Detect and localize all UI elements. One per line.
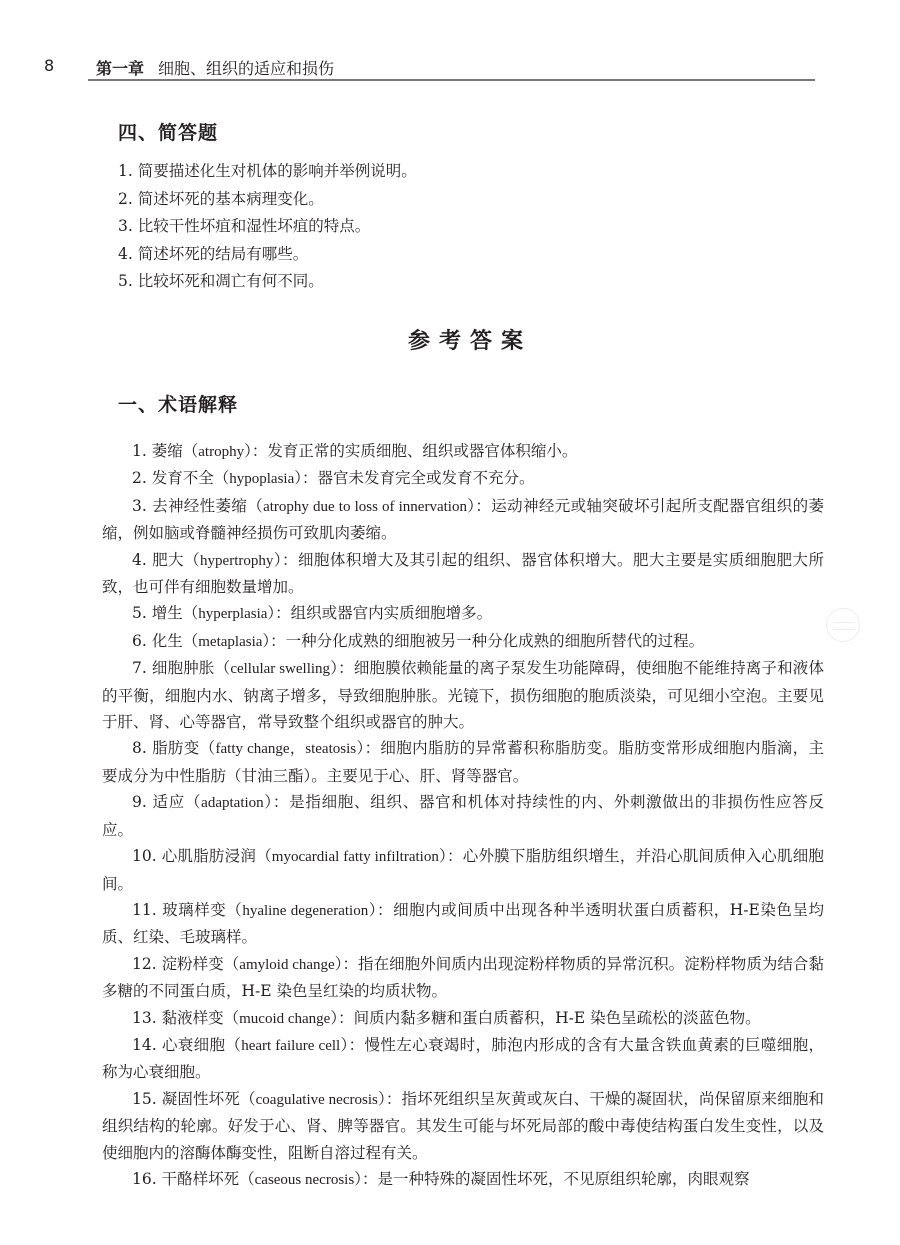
term-entry: 5. 增生（hyperplasia）：组织或器官内实质细胞增多。 [102,600,824,627]
term-name: 化生 [152,632,183,650]
term-name: 心肌脂肪浸润 [162,847,256,865]
answers-heading: 参考答案 [118,324,822,355]
page-body: 四、简答题 1. 简要描述化生对机体的影响并举例说明。 2. 简述坏死的基本病理… [118,118,822,296]
term-entry: 1. 萎缩（atrophy）：发育正常的实质细胞、组织或器官体积缩小。 [102,438,824,465]
question-item: 2. 简述坏死的基本病理变化。 [118,186,822,214]
term-definition: 组织或器官内实质细胞增多。 [291,604,493,622]
term-name: 干酪样坏死 [162,1170,240,1188]
term-number: 13. [132,1009,157,1027]
question-list: 1. 简要描述化生对机体的影响并举例说明。 2. 简述坏死的基本病理变化。 3.… [118,158,822,296]
publisher-logo-icon [826,608,860,642]
term-number: 15. [132,1090,157,1108]
term-number: 11. [132,901,157,919]
term-name: 发育不全 [152,469,214,487]
term-entry: 3. 去神经性萎缩（atrophy due to loss of innerva… [102,493,824,547]
term-entry: 8. 脂肪变（fatty change，steatosis）：细胞内脂肪的异常蓄… [102,735,824,789]
term-english: metaplasia [198,634,262,650]
term-definition: 是一种特殊的凝固性坏死，不见原组织轮廓，肉眼观察 [377,1170,749,1188]
term-entry: 10. 心肌脂肪浸润（myocardial fatty infiltration… [102,843,824,897]
term-english: atrophy [198,444,244,460]
term-number: 1. [132,442,147,460]
term-entry: 16. 干酪样坏死（caseous necrosis）：是一种特殊的凝固性坏死，… [102,1166,824,1193]
term-entry: 9. 适应（adaptation）：是指细胞、组织、器官和机体对持续性的内、外刺… [102,789,824,843]
term-name: 黏液样变 [162,1009,224,1027]
term-definition: 发育正常的实质细胞、组织或器官体积缩小。 [267,442,577,460]
term-number: 3. [132,497,147,515]
header-rule [88,79,815,81]
term-entry: 13. 黏液样变（mucoid change）：间质内黏多糖和蛋白质蓄积，H-E… [102,1005,824,1032]
term-number: 2. [132,469,147,487]
term-definition: 一种分化成熟的细胞被另一种分化成熟的细胞所替代的过程。 [286,632,705,650]
term-english: fatty change，steatosis [216,741,357,757]
term-number: 10. [132,847,157,865]
term-entry: 12. 淀粉样变（amyloid change）：指在细胞外间质内出现淀粉样物质… [102,951,824,1005]
term-definition: 间质内黏多糖和蛋白质蓄积，H-E 染色呈疏松的淡蓝色物。 [354,1009,761,1027]
term-name: 凝固性坏死 [162,1090,240,1108]
question-item: 4. 简述坏死的结局有哪些。 [118,241,822,269]
term-definition: 器官未发育完全或发育不充分。 [318,469,535,487]
term-english: caseous necrosis [255,1172,355,1188]
question-item: 3. 比较干性坏疽和湿性坏疽的特点。 [118,213,822,241]
chapter-number: 第一章 [96,59,144,78]
question-item: 5. 比较坏死和凋亡有何不同。 [118,268,822,296]
term-number: 16. [132,1170,157,1188]
running-head: 第一章细胞、组织的适应和损伤 [96,56,334,79]
term-english: myocardial fatty infiltration [272,849,439,865]
term-entry: 15. 凝固性坏死（coagulative necrosis）：指坏死组织呈灰黄… [102,1086,824,1166]
term-english: adaptation [201,795,263,811]
term-number: 5. [132,604,147,622]
term-english: amyloid change [239,957,334,973]
chapter-title: 细胞、组织的适应和损伤 [158,59,334,78]
term-entry: 2. 发育不全（hypoplasia）：器官未发育完全或发育不充分。 [102,465,824,492]
term-entry: 7. 细胞肿胀（cellular swelling）：细胞膜依赖能量的离子泵发生… [102,655,824,735]
term-list: 1. 萎缩（atrophy）：发育正常的实质细胞、组织或器官体积缩小。2. 发育… [102,438,824,1193]
term-name: 脂肪变 [152,739,200,757]
question-item: 1. 简要描述化生对机体的影响并举例说明。 [118,158,822,186]
term-english: cellular swelling [230,661,330,677]
term-name: 肥大 [152,551,184,569]
page-header: 8 第一章细胞、组织的适应和损伤 [0,52,900,84]
term-number: 14. [132,1036,157,1054]
term-english: mucoid change [239,1011,330,1027]
term-name: 萎缩 [152,442,183,460]
term-name: 淀粉样变 [162,955,224,973]
term-english: hyaline degeneration [242,903,368,919]
term-english: hyperplasia [198,606,267,622]
short-answer-heading: 四、简答题 [118,118,822,148]
term-english: coagulative necrosis [256,1092,378,1108]
term-name: 增生 [152,604,183,622]
term-number: 9. [132,793,147,811]
term-number: 12. [132,955,157,973]
term-definition: 细胞内脂肪的异常蓄积称脂肪变。脂肪变常形成细胞内脂滴，主要成分为中性脂肪（甘油三… [102,739,824,784]
term-entry: 6. 化生（metaplasia）：一种分化成熟的细胞被另一种分化成熟的细胞所替… [102,628,824,655]
term-entry: 14. 心衰细胞（heart failure cell）：慢性左心衰竭时，肺泡内… [102,1032,824,1086]
term-english: hypoplasia [229,471,294,487]
term-number: 4. [132,551,147,569]
term-english: hypertrophy [200,553,273,569]
term-name: 玻璃样变 [162,901,226,919]
term-number: 6. [132,632,147,650]
term-explanation-heading: 一、术语解释 [118,390,822,420]
term-name: 细胞肿胀 [152,659,215,677]
term-english: atrophy due to loss of innervation [263,499,467,515]
term-number: 7. [132,659,147,677]
page-number: 8 [44,56,54,75]
term-name: 适应 [152,793,184,811]
term-english: heart failure cell [241,1038,340,1054]
term-entry: 4. 肥大（hypertrophy）：细胞体积增大及其引起的组织、器官体积增大。… [102,547,824,601]
term-number: 8. [132,739,147,757]
term-name: 去神经性萎缩 [152,497,247,515]
term-entry: 11. 玻璃样变（hyaline degeneration）：细胞内或间质中出现… [102,897,824,951]
term-name: 心衰细胞 [162,1036,225,1054]
